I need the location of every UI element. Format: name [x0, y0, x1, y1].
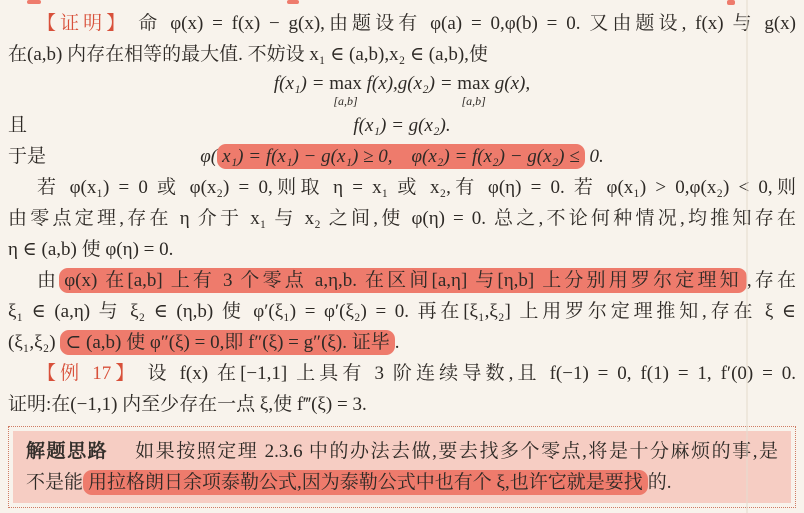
proof-line-6: 若 φ(x₁) = 0 或 φ(x₂) = 0,则取 η = x₁ 或 x₂,有…: [8, 172, 796, 203]
formula-part: 0.: [585, 146, 604, 167]
page-crease-line: [746, 0, 748, 513]
max-subscript: [a,b]: [333, 95, 357, 107]
highlight-marker: ⊂ (a,b) 使 φ″(ξ) = 0,即 f″(ξ) = g″(ξ). 证毕: [60, 330, 394, 355]
formula-part: φ(: [200, 146, 217, 167]
proof-line-10: ξ₁ ∈ (a,η) 与 ξ₂ ∈ (η,b) 使 φ′(ξ₁) = φ′(ξ₂…: [8, 296, 796, 327]
textbook-page: 【证明】命 φ(x) = f(x) − g(x),由题设有 φ(a) = 0,φ…: [0, 0, 804, 513]
highlight-remnant-mark: [27, 0, 41, 4]
max-subscript: [a,b]: [461, 95, 485, 107]
proof-line-9-pre: 由: [37, 270, 59, 291]
example-line-1: 【例 17】设 f(x) 在[−1,1] 上具有 3 阶连续导数,且 f(−1)…: [8, 358, 796, 389]
formula-part: f(x),g(x₂) =: [362, 73, 457, 94]
proof-line-9-post: ,存在: [747, 270, 796, 291]
hint-line-2-pre: 不是能: [26, 472, 83, 493]
proof-line-1-text: 命 φ(x) = f(x) − g(x),由题设有 φ(a) = 0,φ(b) …: [138, 13, 796, 34]
display-formula-equal: f(x₁) = g(x₂).: [353, 115, 450, 136]
proof-line-2: 在(a,b) 内存在相等的最大值. 不妨设 x₁ ∈ (a,b),x₂ ∈ (a…: [8, 39, 796, 70]
proof-line-10-text: ξ₁ ∈ (a,η) 与 ξ₂ ∈ (η,b) 使 φ′(ξ₁) = φ′(ξ₂…: [8, 301, 796, 322]
proof-line-1: 【证明】命 φ(x) = f(x) − g(x),由题设有 φ(a) = 0,φ…: [8, 8, 796, 39]
connector-qie: 且: [8, 110, 27, 141]
example-label: 【例 17】: [37, 363, 139, 384]
hint-box: 解题思路如果按照定理 2.3.6 中的办法去做,要去找多个零点,将是十分麻烦的事…: [8, 426, 796, 508]
hint-line-2-post: 的.: [648, 472, 672, 493]
example-line-2-text: 证明:在(−1,1) 内至少存在一点 ξ,使 f‴(ξ) = 3.: [8, 394, 367, 415]
highlight-marker: φ(x) 在[a,b] 上有 3 个零点 a,η,b. 在区间[a,η] 与[η…: [59, 268, 747, 293]
proof-line-7-text: 由零点定理,存在 η 介于 x₁ 与 x₂ 之间,使 φ(η) = 0. 总之,…: [8, 208, 796, 229]
hint-line-1-text: 如果按照定理 2.3.6 中的办法去做,要去找多个零点,将是十分麻烦的事,是: [135, 441, 778, 462]
proof-line-yushi: 于是φ(x₁) = f(x₁) − g(x₁) ≥ 0, φ(x₂) = f(x…: [8, 141, 796, 172]
hint-box-inner: 解题思路如果按照定理 2.3.6 中的办法去做,要去找多个零点,将是十分麻烦的事…: [13, 431, 791, 503]
max-operator: max[a,b]: [457, 70, 490, 97]
proof-line-2-text: 在(a,b) 内存在相等的最大值. 不妨设 x₁ ∈ (a,b),x₂ ∈ (a…: [8, 44, 488, 65]
proof-line-qie: 且f(x₁) = g(x₂).: [8, 110, 796, 141]
highlight-marker: 用拉格朗日余项泰勒公式,因为泰勒公式中也有个 ξ,也许它就是要找: [83, 470, 648, 495]
proof-line-8-text: η ∈ (a,b) 使 φ(η) = 0.: [8, 239, 173, 260]
display-formula-max: f(x₁) = max[a,b] f(x),g(x₂) = max[a,b] g…: [8, 70, 796, 110]
proof-line-6-text: 若 φ(x₁) = 0 或 φ(x₂) = 0,则取 η = x₁ 或 x₂,有…: [37, 177, 796, 198]
example-line-1-text: 设 f(x) 在[−1,1] 上具有 3 阶连续导数,且 f(−1) = 0, …: [148, 363, 796, 384]
highlight-remnant-mark: [287, 0, 299, 4]
proof-line-11-post: .: [395, 332, 400, 353]
max-operator: max[a,b]: [329, 70, 362, 97]
proof-label: 【证明】: [37, 13, 129, 34]
connector-yushi: 于是: [8, 141, 46, 172]
proof-line-8: η ∈ (a,b) 使 φ(η) = 0.: [8, 234, 796, 265]
proof-line-11: (ξ₁,ξ₂) ⊂ (a,b) 使 φ″(ξ) = 0,即 f″(ξ) = g″…: [8, 327, 796, 358]
hint-box-title: 解题思路: [26, 441, 108, 462]
proof-line-7: 由零点定理,存在 η 介于 x₁ 与 x₂ 之间,使 φ(η) = 0. 总之,…: [8, 203, 796, 234]
highlight-marker: x₁) = f(x₁) − g(x₁) ≥ 0, φ(x₂) = f(x₂) −…: [217, 144, 585, 169]
formula-part: f(x₁) =: [274, 73, 329, 94]
example-line-2: 证明:在(−1,1) 内至少存在一点 ξ,使 f‴(ξ) = 3.: [8, 389, 796, 420]
proof-line-11-pre: (ξ₁,ξ₂): [8, 332, 60, 353]
highlight-remnant-mark: [727, 0, 735, 5]
formula-part: g(x),: [490, 73, 530, 94]
proof-line-9: 由φ(x) 在[a,b] 上有 3 个零点 a,η,b. 在区间[a,η] 与[…: [8, 265, 796, 296]
hint-line-2: 不是能用拉格朗日余项泰勒公式,因为泰勒公式中也有个 ξ,也许它就是要找的.: [26, 467, 778, 498]
hint-line-1: 解题思路如果按照定理 2.3.6 中的办法去做,要去找多个零点,将是十分麻烦的事…: [26, 436, 778, 467]
